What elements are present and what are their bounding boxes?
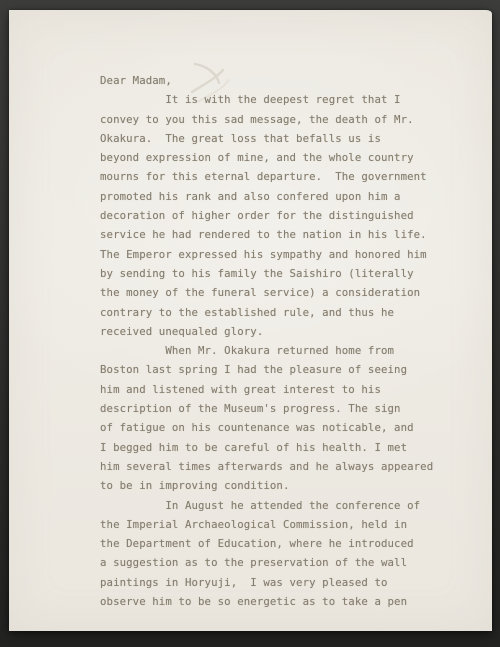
letter-line: him and listened with great interest to … <box>100 380 450 399</box>
letter-line: convey to you this sad message, the deat… <box>100 110 450 129</box>
letter-line: the Department of Education, where he in… <box>100 534 450 553</box>
letter-line: the money of the funeral service) a cons… <box>100 283 450 302</box>
letter-line: I begged him to be careful of his health… <box>100 438 450 457</box>
letter-line: to be in improving condition. <box>100 476 450 495</box>
letter-line: observe him to be so energetic as to tak… <box>100 592 450 611</box>
letter-line: The Emperor expressed his sympathy and h… <box>100 245 450 264</box>
letter-line: a suggestion as to the preservation of t… <box>100 553 450 572</box>
scan-background: Dear Madam, It is with the deepest regre… <box>0 0 500 647</box>
letter-line: Okakura. The great loss that befalls us … <box>100 129 450 148</box>
letter-line: beyond expression of mine, and the whole… <box>100 148 450 167</box>
letter-line: paintings in Horyuji, I was very pleased… <box>100 573 450 592</box>
letter-line: service he had rendered to the nation in… <box>100 225 450 244</box>
letter-line: of fatigue on his countenance was notica… <box>100 418 450 437</box>
letter-line: When Mr. Okakura returned home from <box>100 341 450 360</box>
letter-line: promoted his rank and also confered upon… <box>100 187 450 206</box>
letter-line: Dear Madam, <box>100 71 450 90</box>
letter-line: by sending to his family the Saishiro (l… <box>100 264 450 283</box>
letter-line: description of the Museum's progress. Th… <box>100 399 450 418</box>
letter-body: Dear Madam, It is with the deepest regre… <box>100 71 450 611</box>
letter-line: him several times afterwards and he alwa… <box>100 457 450 476</box>
letter-page: Dear Madam, It is with the deepest regre… <box>9 10 492 631</box>
letter-line: Boston last spring I had the pleasure of… <box>100 360 450 379</box>
letter-line: the Imperial Archaeological Commission, … <box>100 515 450 534</box>
letter-line: In August he attended the conference of <box>100 496 450 515</box>
letter-line: It is with the deepest regret that I <box>100 90 450 109</box>
letter-line: contrary to the established rule, and th… <box>100 303 450 322</box>
letter-line: decoration of higher order for the disti… <box>100 206 450 225</box>
letter-line: mourns for this eternal departure. The g… <box>100 167 450 186</box>
letter-line: received unequaled glory. <box>100 322 450 341</box>
